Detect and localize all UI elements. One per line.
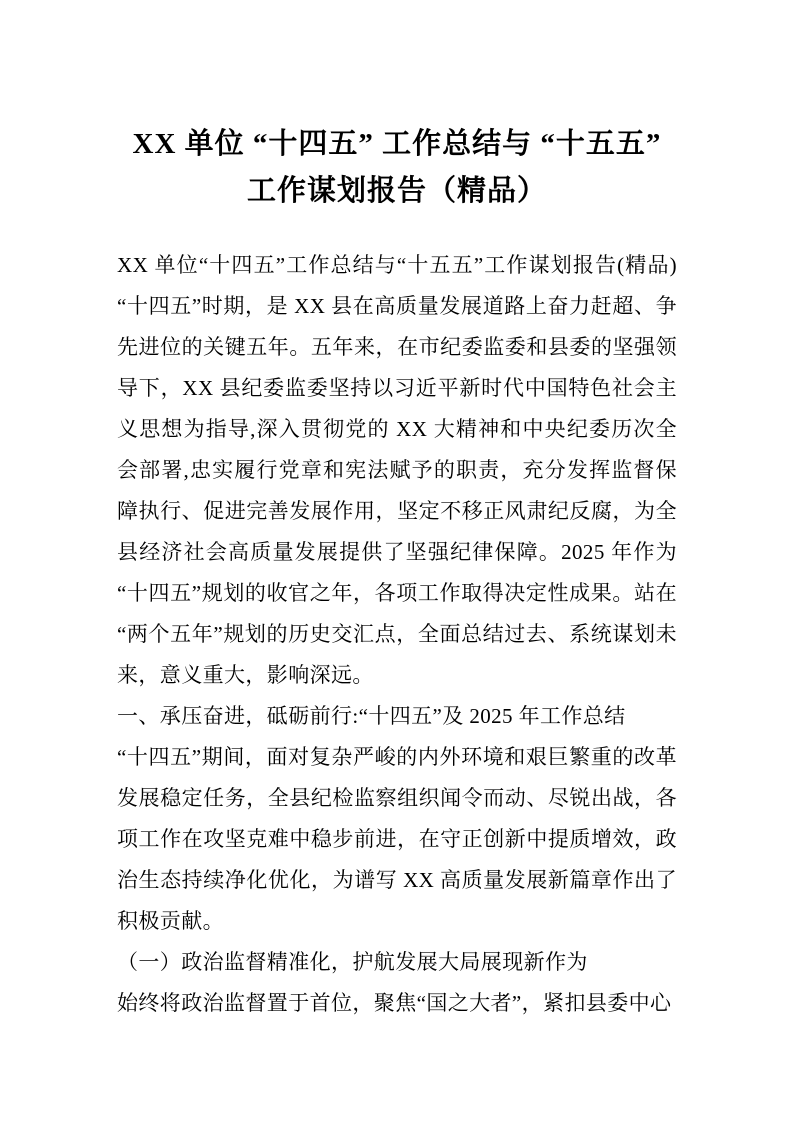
paragraph-subsection-1-1: 始终将政治监督置于首位，聚焦“国之大者”，紧扣县委中心 [117,983,677,1024]
document-title: XX 单位 “十四五” 工作总结与 “十五五” 工作谋划报告（精品） [117,121,677,215]
paragraph-intro: XX 单位“十四五”工作总结与“十五五”工作谋划报告(精品)“十四五”时期，是 … [117,245,677,696]
document-title-line2: 工作谋划报告（精品） [117,168,677,215]
document-content: XX 单位 “十四五” 工作总结与 “十五五” 工作谋划报告（精品） XX 单位… [0,121,793,1024]
document-page: XX 单位 “十四五” 工作总结与 “十五五” 工作谋划报告（精品） XX 单位… [0,0,793,1122]
document-body: XX 单位“十四五”工作总结与“十五五”工作谋划报告(精品)“十四五”时期，是 … [117,245,677,1024]
paragraph-section-1-intro: “十四五”期间，面对复杂严峻的内外环境和艰巨繁重的改革发展稳定任务，全县纪检监察… [117,737,677,942]
section-heading-1: 一、承压奋进，砥砺前行:“十四五”及 2025 年工作总结 [117,696,677,737]
subsection-heading-1-1: （一）政治监督精准化，护航发展大局展现新作为 [117,942,677,983]
document-title-line1: XX 单位 “十四五” 工作总结与 “十五五” [117,121,677,168]
